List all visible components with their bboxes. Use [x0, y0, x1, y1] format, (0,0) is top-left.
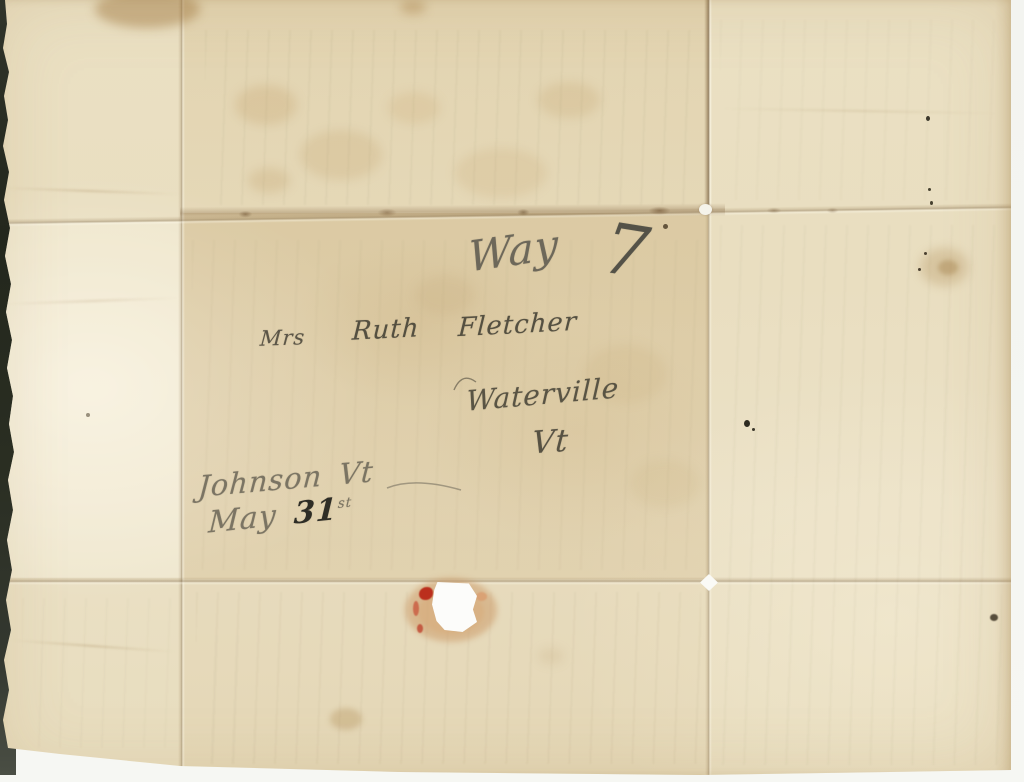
- ink-speck: [930, 201, 933, 205]
- fold-crease-vertical-right-upper: [704, 0, 712, 215]
- stain: [455, 148, 547, 198]
- ink-speck: [990, 614, 998, 621]
- stain: [538, 648, 564, 664]
- pen-flourish-icon: [385, 478, 465, 496]
- ink-bleedthrough: [205, 30, 700, 205]
- fold-intersection-nick: [699, 204, 712, 215]
- stain: [300, 130, 382, 180]
- wax-seal-red-fragment: [413, 601, 419, 616]
- wax-seal-red-fragment: [476, 592, 487, 601]
- addressee-honorific: Mrs: [259, 325, 306, 351]
- postmark-day-suffix: st: [337, 494, 352, 512]
- fold-panel-top-middle: [183, 0, 708, 213]
- rate-marking-amount: 7: [598, 207, 656, 295]
- stain: [415, 275, 475, 315]
- stain: [248, 168, 290, 193]
- fold-crease-horizontal-lower: [0, 577, 1011, 585]
- fold-crease-vertical-left: [178, 0, 185, 776]
- addressee-surname: Fletcher: [457, 307, 578, 343]
- rate-marking-word: Way: [468, 219, 558, 281]
- stain: [538, 82, 600, 118]
- ink-speck: [86, 413, 90, 417]
- ink-speck: [663, 224, 668, 229]
- wax-seal-red-fragment: [419, 587, 433, 600]
- destination-state: Vt: [531, 423, 570, 462]
- paper-wrinkle: [0, 187, 180, 195]
- paper-right-edge-shadow: [995, 0, 1011, 776]
- ink-bleedthrough: [720, 225, 1002, 765]
- ink-speck: [928, 188, 931, 191]
- stain: [235, 85, 297, 125]
- ink-speck: [918, 268, 921, 271]
- paper-wrinkle: [720, 108, 1000, 115]
- postmark-town-state: Johnson Vt: [197, 454, 375, 504]
- pen-flourish-icon: [452, 374, 478, 394]
- ink-speck: [924, 252, 927, 255]
- stain: [388, 92, 440, 124]
- postmark-state: Vt: [338, 454, 375, 491]
- paper-wrinkle: [10, 639, 175, 653]
- postmark-day: 31: [293, 492, 338, 532]
- ink-bleedthrough: [720, 20, 1002, 200]
- fold-crease-dirt: [735, 206, 865, 215]
- stain: [330, 708, 362, 730]
- stain: [95, 0, 200, 28]
- fold-crease-horizontal-upper: [0, 203, 1011, 227]
- scanned-letter-image: Way 7 Mrs Ruth Fletcher Waterville Vt Jo…: [0, 0, 1024, 782]
- addressee-given-name: Ruth: [351, 313, 420, 347]
- stain: [938, 260, 958, 275]
- fold-panel-center-address: [183, 213, 708, 579]
- ink-bleedthrough: [192, 240, 700, 570]
- fold-crease-dirt: [180, 203, 725, 220]
- stain: [400, 0, 426, 14]
- ink-speck: [926, 116, 930, 121]
- fold-panel-left-middle: [0, 222, 181, 578]
- seal-tear-white-patch: [432, 582, 477, 632]
- postmark-date: May 31st: [207, 490, 352, 540]
- destination-town: Waterville: [466, 371, 620, 418]
- paper-wrinkle: [5, 297, 180, 305]
- ink-speck: [752, 428, 755, 431]
- fold-crease-vertical-right: [705, 0, 712, 776]
- stain: [630, 460, 700, 508]
- postmark-month: May: [207, 498, 277, 541]
- letter-paper: Way 7 Mrs Ruth Fletcher Waterville Vt Jo…: [0, 0, 1011, 776]
- stain: [585, 345, 667, 403]
- wax-seal-red-fragment: [417, 624, 423, 633]
- postmark-town: Johnson: [197, 459, 323, 504]
- fold-intersection-hole: [700, 574, 718, 591]
- ink-speck: [744, 420, 750, 427]
- stain: [920, 248, 968, 286]
- ink-bleedthrough: [22, 598, 172, 748]
